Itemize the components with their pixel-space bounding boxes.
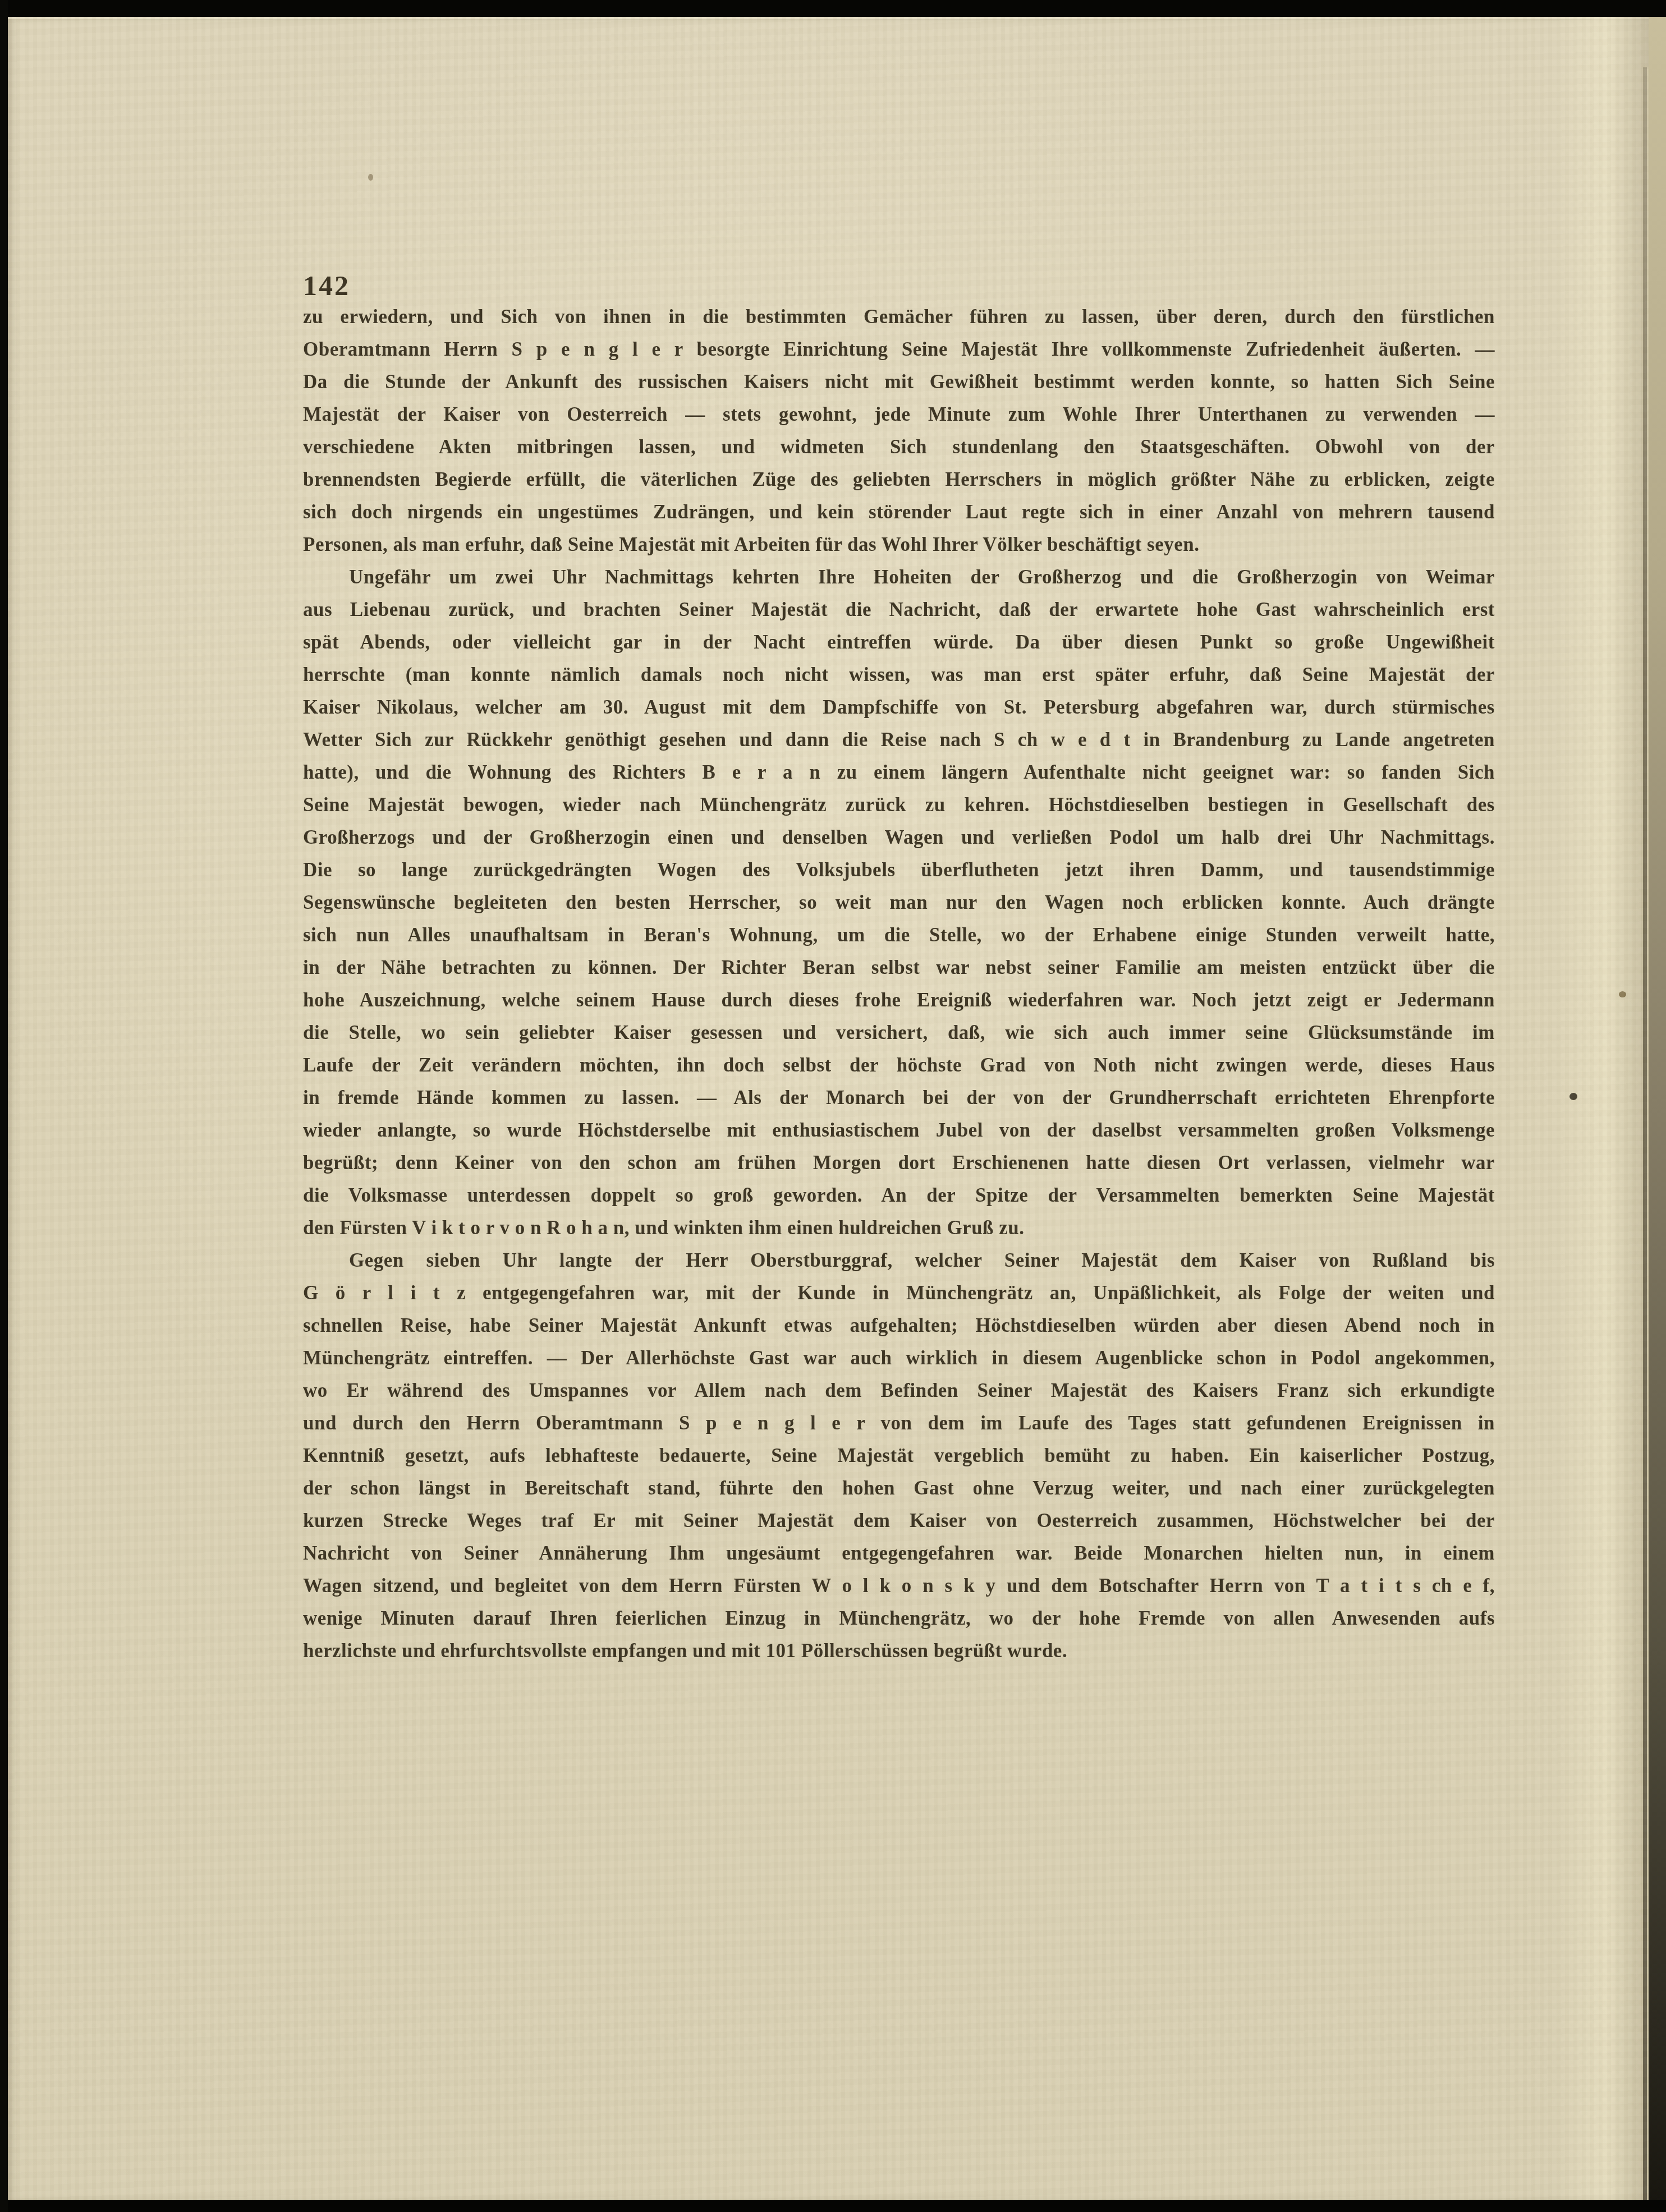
text-line: aus Liebenau zurück, und brachten Seiner… [303,594,1495,626]
text-line: Gegen sieben Uhr langte der Herr Oberstb… [303,1244,1495,1277]
ink-speck [1619,991,1626,997]
text-line: hohe Auszeichnung, welche seinem Hause d… [303,984,1495,1017]
text-line: Oberamtmann Herrn S p e n g l e r besorg… [303,333,1495,366]
scan-border-top [0,0,1666,17]
text-line: spät Abends, oder vielleicht gar in der … [303,626,1495,659]
paragraph: Ungefähr um zwei Uhr Nachmittags kehrten… [303,561,1495,1244]
text-line: wo Er während des Umspannes vor Allem na… [303,1374,1495,1407]
text-line: Majestät der Kaiser von Oesterreich — st… [303,398,1495,431]
text-line: Großherzogs und der Großherzogin einen u… [303,821,1495,854]
text-line: herzlichste und ehrfurchtsvollste empfan… [303,1635,1495,1667]
text-line: begrüßt; denn Keiner von den schon am fr… [303,1147,1495,1179]
ink-speck [368,174,373,181]
text-line: verschiedene Akten mitbringen lassen, un… [303,431,1495,463]
text-line: Personen, als man erfuhr, daß Seine Maje… [303,528,1495,561]
text-line: Da die Stunde der Ankunft des russischen… [303,366,1495,398]
text-line: in der Nähe betrachten zu können. Der Ri… [303,951,1495,984]
scan-border-left [0,0,8,2212]
text-line: G ö r l i t z entgegengefahren war, mit … [303,1277,1495,1309]
paragraph: zu erwiedern, und Sich von ihnen in die … [303,301,1495,561]
text-line: brennendsten Begierde erfüllt, die väter… [303,463,1495,496]
text-line: Kaiser Nikolaus, welcher am 30. August m… [303,691,1495,724]
text-line: der schon längst in Bereitschaft stand, … [303,1472,1495,1505]
text-line: und durch den Herrn Oberamtmann S p e n … [303,1407,1495,1440]
text-line: hatte), und die Wohnung des Richters B e… [303,756,1495,789]
text-line: kurzen Strecke Weges traf Er mit Seiner … [303,1505,1495,1537]
scan-background: 142 zu erwiedern, und Sich von ihnen in … [0,0,1666,2212]
text-line: Die so lange zurückgedrängten Wogen des … [303,854,1495,886]
book-page: 142 zu erwiedern, und Sich von ihnen in … [8,17,1650,2202]
text-line: die Stelle, wo sein geliebter Kaiser ges… [303,1017,1495,1049]
text-line: Ungefähr um zwei Uhr Nachmittags kehrten… [303,561,1495,594]
text-line: in fremde Hände kommen zu lassen. — Als … [303,1082,1495,1114]
page-edge-shadow [1649,0,1666,2212]
text-line: Seine Majestät bewogen, wieder nach Münc… [303,789,1495,821]
scan-border-bottom [0,2200,1666,2212]
ink-speck [1569,1093,1577,1100]
page-edge-crease [1643,67,1647,2202]
text-line: sich nun Alles unaufhaltsam in Beran's W… [303,919,1495,951]
paragraph: Gegen sieben Uhr langte der Herr Oberstb… [303,1244,1495,1667]
page-edge-highlight [1554,17,1651,2202]
text-line: wenige Minuten darauf Ihren feierlichen … [303,1602,1495,1635]
text-line: herrschte (man konnte nämlich damals noc… [303,659,1495,691]
text-block: zu erwiedern, und Sich von ihnen in die … [303,268,1495,1667]
text-line: Segenswünsche begleiteten den besten Her… [303,886,1495,919]
text-line: Laufe der Zeit verändern möchten, ihn do… [303,1049,1495,1082]
text-line: schnellen Reise, habe Seiner Majestät An… [303,1309,1495,1342]
text-line: Wetter Sich zur Rückkehr genöthigt geseh… [303,724,1495,756]
header-spacer [303,268,1495,301]
text-line: zu erwiedern, und Sich von ihnen in die … [303,301,1495,333]
text-line: Münchengrätz eintreffen. — Der Allerhöch… [303,1342,1495,1374]
text-line: Kenntniß gesetzt, aufs lebhafteste bedau… [303,1440,1495,1472]
text-line: die Volksmasse unterdessen doppelt so gr… [303,1179,1495,1212]
text-line: sich doch nirgends ein ungestümes Zudrän… [303,496,1495,528]
text-line: wieder anlangte, so wurde Höchstderselbe… [303,1114,1495,1147]
text-line: Nachricht von Seiner Annäherung Ihm unge… [303,1537,1495,1570]
text-line: den Fürsten V i k t o r v o n R o h a n,… [303,1212,1495,1244]
text-line: Wagen sitzend, und begleitet von dem Her… [303,1570,1495,1602]
